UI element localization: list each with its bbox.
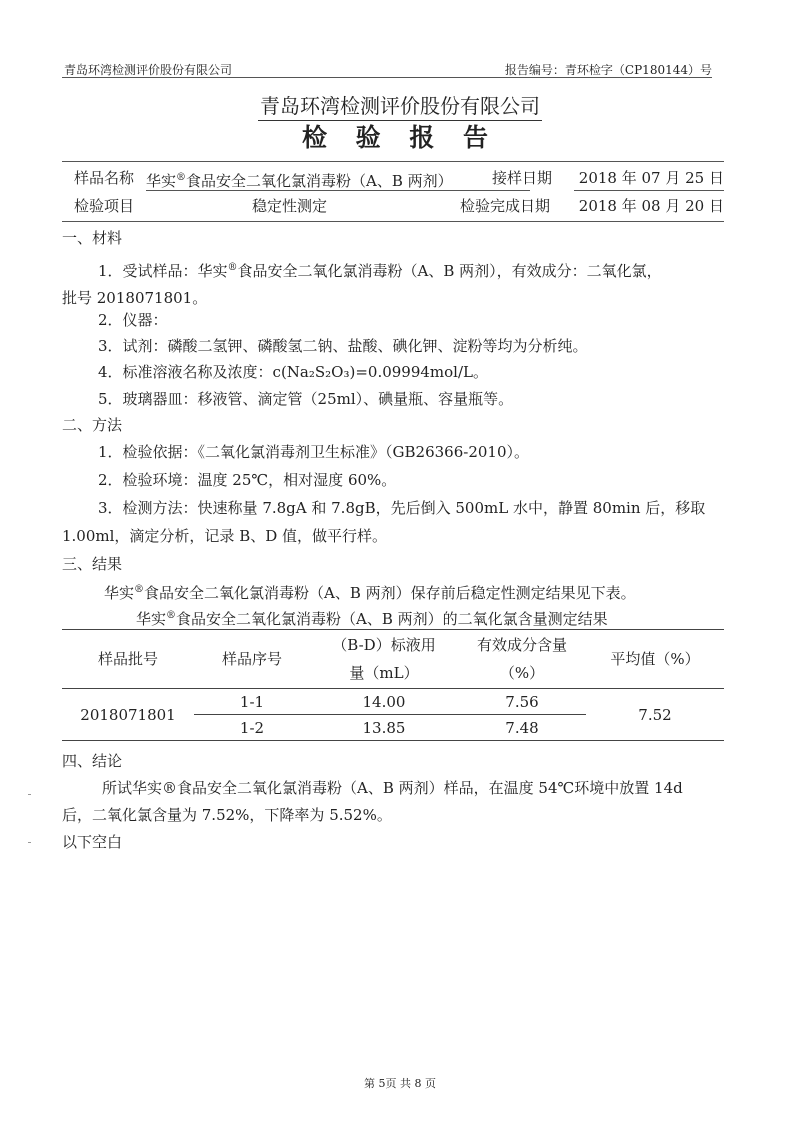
materials-item-4: 4．标准溶液名称及浓度：c(Na₂S₂O₃)=0.09994mol/L。 — [98, 362, 488, 382]
content-cell: 7.48 — [458, 715, 586, 741]
page-number: 第 5页 共 8 页 — [0, 1075, 800, 1091]
section-results-heading: 三、结果 — [62, 554, 122, 574]
info-top-rule — [62, 161, 724, 162]
info-row-item: 检验项目 稳定性测定 检验完成日期 2018 年 08 月 20 日 — [62, 194, 724, 222]
report-number: 报告编号：青环检字（CP180144）号 — [505, 61, 712, 78]
scan-speck — [28, 794, 31, 795]
materials-item-2: 2．仪器： — [98, 310, 168, 330]
sample-name-value: 华实®食品安全二氧化氯消毒粉（A、B 两剂） — [146, 166, 530, 191]
finish-date-label: 检验完成日期 — [460, 194, 550, 218]
page-title: 检 验 报 告 — [0, 118, 800, 154]
table-header-row: 样品批号 样品序号 （B-D）标液用量（mL） 有效成分含量（%） 平均值（%） — [62, 630, 724, 689]
section-materials-heading: 一、材料 — [62, 228, 122, 248]
sample-name-label: 样品名称 — [74, 166, 134, 190]
volume-cell: 14.00 — [310, 689, 458, 715]
section-conclusion-heading: 四、结论 — [62, 751, 122, 771]
materials-item-1: 1．受试样品：华实®食品安全二氧化氯消毒粉（A、B 两剂），有效成分：二氧化氯， — [98, 258, 662, 281]
blank-note: 以下空白 — [62, 832, 122, 852]
materials-item-3: 3．试剂：磷酸二氢钾、磷酸氢二钠、盐酸、碘化钾、淀粉等均为分析纯。 — [98, 336, 588, 356]
section-method-heading: 二、方法 — [62, 415, 122, 435]
receive-date-label: 接样日期 — [492, 166, 552, 190]
info-bottom-rule — [62, 221, 724, 222]
header-divider — [62, 77, 712, 78]
table-caption: 华实®食品安全二氧化氯消毒粉（A、B 两剂）的二氧化氯含量测定结果 — [136, 606, 608, 629]
header-average: 平均值（%） — [586, 630, 724, 689]
volume-cell: 13.85 — [310, 715, 458, 741]
results-intro: 华实®食品安全二氧化氯消毒粉（A、B 两剂）保存前后稳定性测定结果见下表。 — [104, 580, 636, 603]
seq-cell: 1-1 — [194, 689, 310, 715]
content-cell: 7.56 — [458, 689, 586, 715]
method-item-3-cont: 1.00ml，滴定分析，记录 B、D 值，做平行样。 — [62, 526, 387, 546]
method-item-3: 3．检测方法：快速称量 7.8gA 和 7.8gB，先后倒入 500mL 水中，… — [98, 498, 705, 518]
header-content: 有效成分含量（%） — [458, 630, 586, 689]
materials-item-1-cont: 批号 2018071801。 — [62, 288, 207, 308]
company-name: 青岛环湾检测评价股份有限公司 — [0, 90, 800, 119]
seq-cell: 1-2 — [194, 715, 310, 741]
results-table: 样品批号 样品序号 （B-D）标液用量（mL） 有效成分含量（%） 平均值（%）… — [62, 629, 724, 741]
header-company: 青岛环湾检测评价股份有限公司 — [64, 61, 232, 78]
item-label: 检验项目 — [74, 194, 134, 218]
batch-cell: 2018071801 — [62, 689, 194, 741]
receive-date-value: 2018 年 07 月 25 日 — [574, 166, 724, 191]
scan-speck — [28, 842, 31, 843]
header-batch: 样品批号 — [62, 630, 194, 689]
item-value: 稳定性测定 — [252, 194, 327, 218]
average-cell: 7.52 — [586, 689, 724, 741]
method-item-1: 1．检验依据：《二氧化氯消毒剂卫生标准》（GB26366-2010）。 — [98, 442, 529, 462]
method-item-2: 2．检验环境：温度 25℃，相对湿度 60%。 — [98, 470, 396, 490]
info-row-sample: 样品名称 华实®食品安全二氧化氯消毒粉（A、B 两剂） 接样日期 2018 年 … — [62, 166, 724, 194]
conclusion-text-cont: 后，二氧化氯含量为 7.52%，下降率为 5.52%。 — [62, 805, 392, 825]
header-seq: 样品序号 — [194, 630, 310, 689]
conclusion-text: 所试华实®食品安全二氧化氯消毒粉（A、B 两剂）样品，在温度 54℃环境中放置 … — [102, 778, 683, 798]
finish-date-value: 2018 年 08 月 20 日 — [574, 194, 724, 218]
header-volume: （B-D）标液用量（mL） — [310, 630, 458, 689]
materials-item-5: 5．玻璃器皿：移液管、滴定管（25ml）、碘量瓶、容量瓶等。 — [98, 389, 513, 409]
table-row: 2018071801 1-1 14.00 7.56 7.52 — [62, 689, 724, 715]
